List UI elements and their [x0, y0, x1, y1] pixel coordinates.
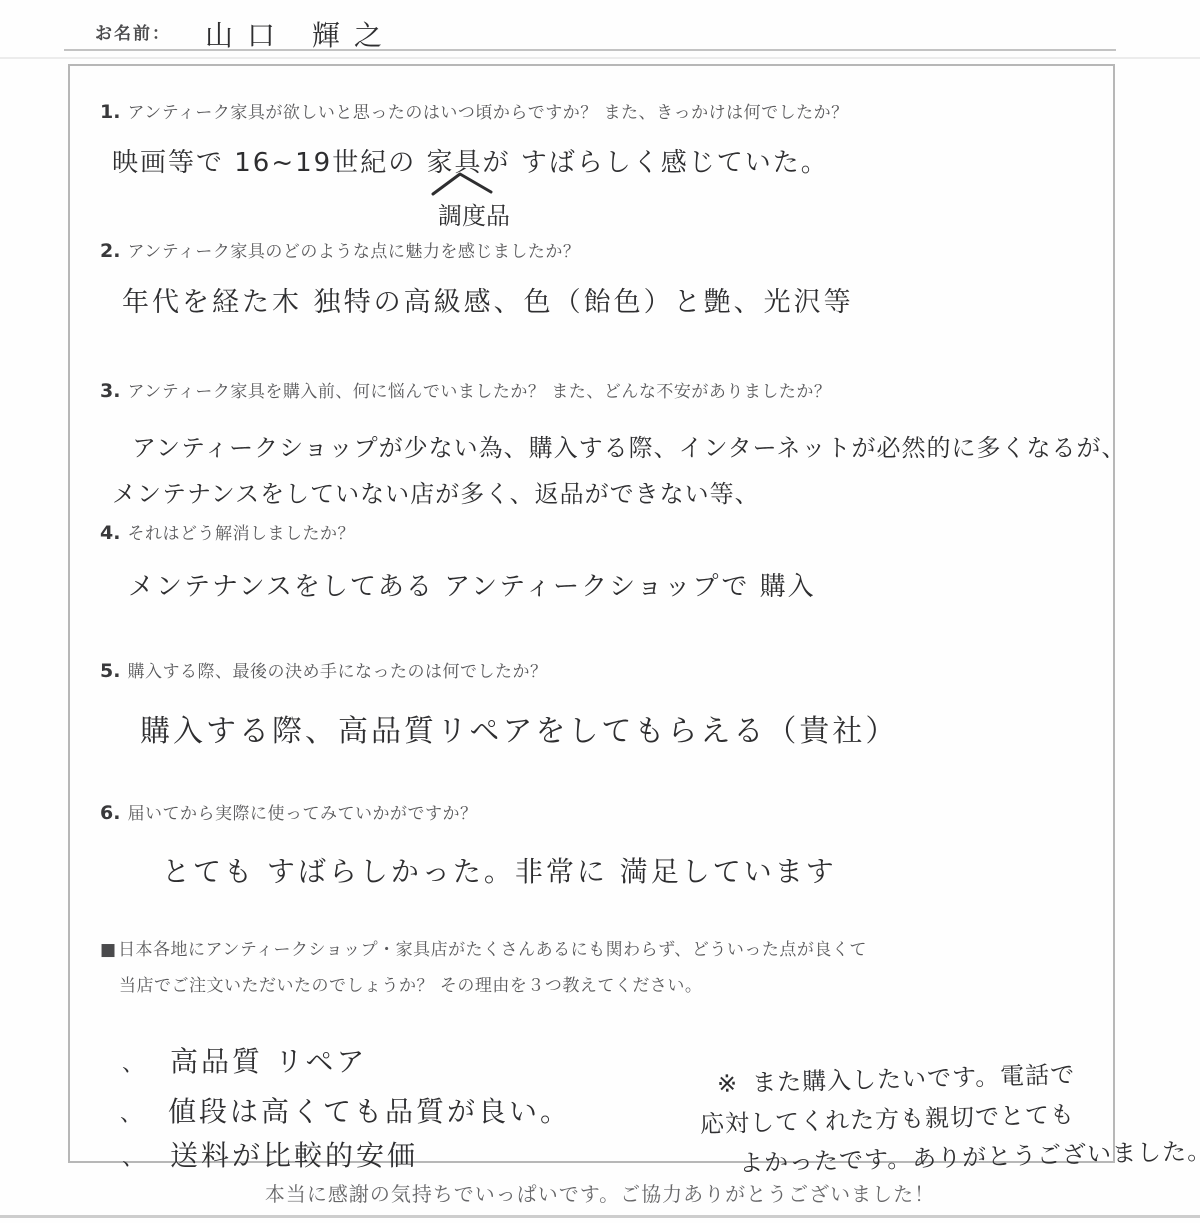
question-5: 5. 購入する際、最後の決め手になったのは何でしたか？	[100, 657, 1090, 682]
reason-3-handwritten: 送料が比較的安価	[170, 1134, 418, 1174]
bullet-tick-mark: 、	[120, 1097, 142, 1128]
answer-3-line2-handwritten: メンテナンスをしていない店が多く、返品ができない等、	[112, 474, 760, 509]
question-2: 2. アンティーク家具のどのような点に魅力を感じましたか？	[100, 237, 1090, 262]
question-3-number: 3.	[100, 380, 120, 402]
reason-1-handwritten: 高品質 リペア	[170, 1040, 367, 1080]
question-4-number: 4.	[100, 522, 120, 544]
question-4-text: それはどう解消しましたか？	[127, 519, 355, 544]
kome-reference-mark: ※	[717, 1069, 739, 1098]
answer-2-handwritten: 年代を経た木 独特の高級感、色（飴色）と艶、光沢等	[122, 280, 854, 319]
answer-4-handwritten: メンテナンスをしてある アンティークショップで 購入	[128, 566, 816, 603]
question-3-text: アンティーク家具を購入前、何に悩んでいましたか？ また、どんな不安がありましたか…	[127, 377, 831, 402]
footer-thanks-text: 本当に感謝の気持ちでいっぱいです。ご協力ありがとうございました！	[0, 1178, 1200, 1207]
name-value-handwritten: 山口 輝之	[205, 14, 396, 54]
reason-bullet-3: 、 送料が比較的安価	[122, 1134, 418, 1174]
answer-5-handwritten: 購入する際、高品質リペアをしてもらえる（貴社）	[140, 706, 898, 750]
side-note-line1-text: また購入したいです。電話で	[752, 1061, 1076, 1097]
question-6: 6. 届いてから実際に使ってみていかがですか？	[100, 799, 1090, 824]
caret-annotation-mark	[430, 170, 494, 198]
question-1-number: 1.	[100, 101, 120, 123]
question-1-text: アンティーク家具が欲しいと思ったのはいつ頃からですか？ また、きっかけは何でした…	[127, 98, 848, 123]
reason-2-handwritten: 値段は高くても品質が良い。	[168, 1090, 571, 1130]
bottom-scan-line	[0, 1215, 1200, 1218]
final-question-block: ■ 日本各地にアンティークショップ・家具店がたくさんあるにも関わらず、どういった…	[100, 932, 1060, 1004]
side-note-handwritten: ※また購入したいです。電話で 応対してくれた方も親切でとても よかったです。あり…	[699, 1052, 1192, 1185]
question-1: 1. アンティーク家具が欲しいと思ったのはいつ頃からですか？ また、きっかけは何…	[100, 98, 1090, 123]
question-6-text: 届いてから実際に使ってみていかがですか？	[127, 799, 477, 824]
scan-artifact-line	[0, 57, 1200, 59]
final-question-line2-text: 当店でご注文いただいたのでしょうか？ その理由を３つ教えてください。	[100, 968, 1060, 1004]
question-2-number: 2.	[100, 240, 120, 262]
bullet-tick-mark: 、	[122, 1047, 144, 1078]
name-underline	[64, 49, 1116, 51]
reason-bullet-1: 、 高品質 リペア	[122, 1040, 367, 1080]
scanned-survey-page: お名前： 山口 輝之 1. アンティーク家具が欲しいと思ったのはいつ頃からですか…	[0, 0, 1200, 1223]
question-2-text: アンティーク家具のどのような点に魅力を感じましたか？	[127, 237, 580, 262]
name-label: お名前：	[95, 19, 171, 44]
answer-6-handwritten: とても すばらしかった。非常に 満足しています	[162, 850, 837, 890]
answer-1-annotation-handwritten: 調度品	[438, 196, 510, 231]
square-bullet-icon: ■	[100, 940, 116, 960]
final-question-line1-text: 日本各地にアンティークショップ・家具店がたくさんあるにも関わらず、どういった点が…	[118, 932, 867, 968]
question-4: 4. それはどう解消しましたか？	[100, 519, 1090, 544]
question-5-text: 購入する際、最後の決め手になったのは何でしたか？	[127, 657, 547, 682]
question-6-number: 6.	[100, 802, 120, 824]
reason-bullet-2: 、 値段は高くても品質が良い。	[120, 1090, 571, 1130]
final-question-line1: ■ 日本各地にアンティークショップ・家具店がたくさんあるにも関わらず、どういった…	[100, 932, 1060, 968]
answer-3-line1-handwritten: アンティークショップが少ない為、購入する際、インターネットが必然的に多くなるが、	[132, 428, 1126, 463]
question-5-number: 5.	[100, 660, 120, 682]
bullet-tick-mark: 、	[122, 1141, 144, 1172]
question-3: 3. アンティーク家具を購入前、何に悩んでいましたか？ また、どんな不安がありま…	[100, 377, 1090, 402]
